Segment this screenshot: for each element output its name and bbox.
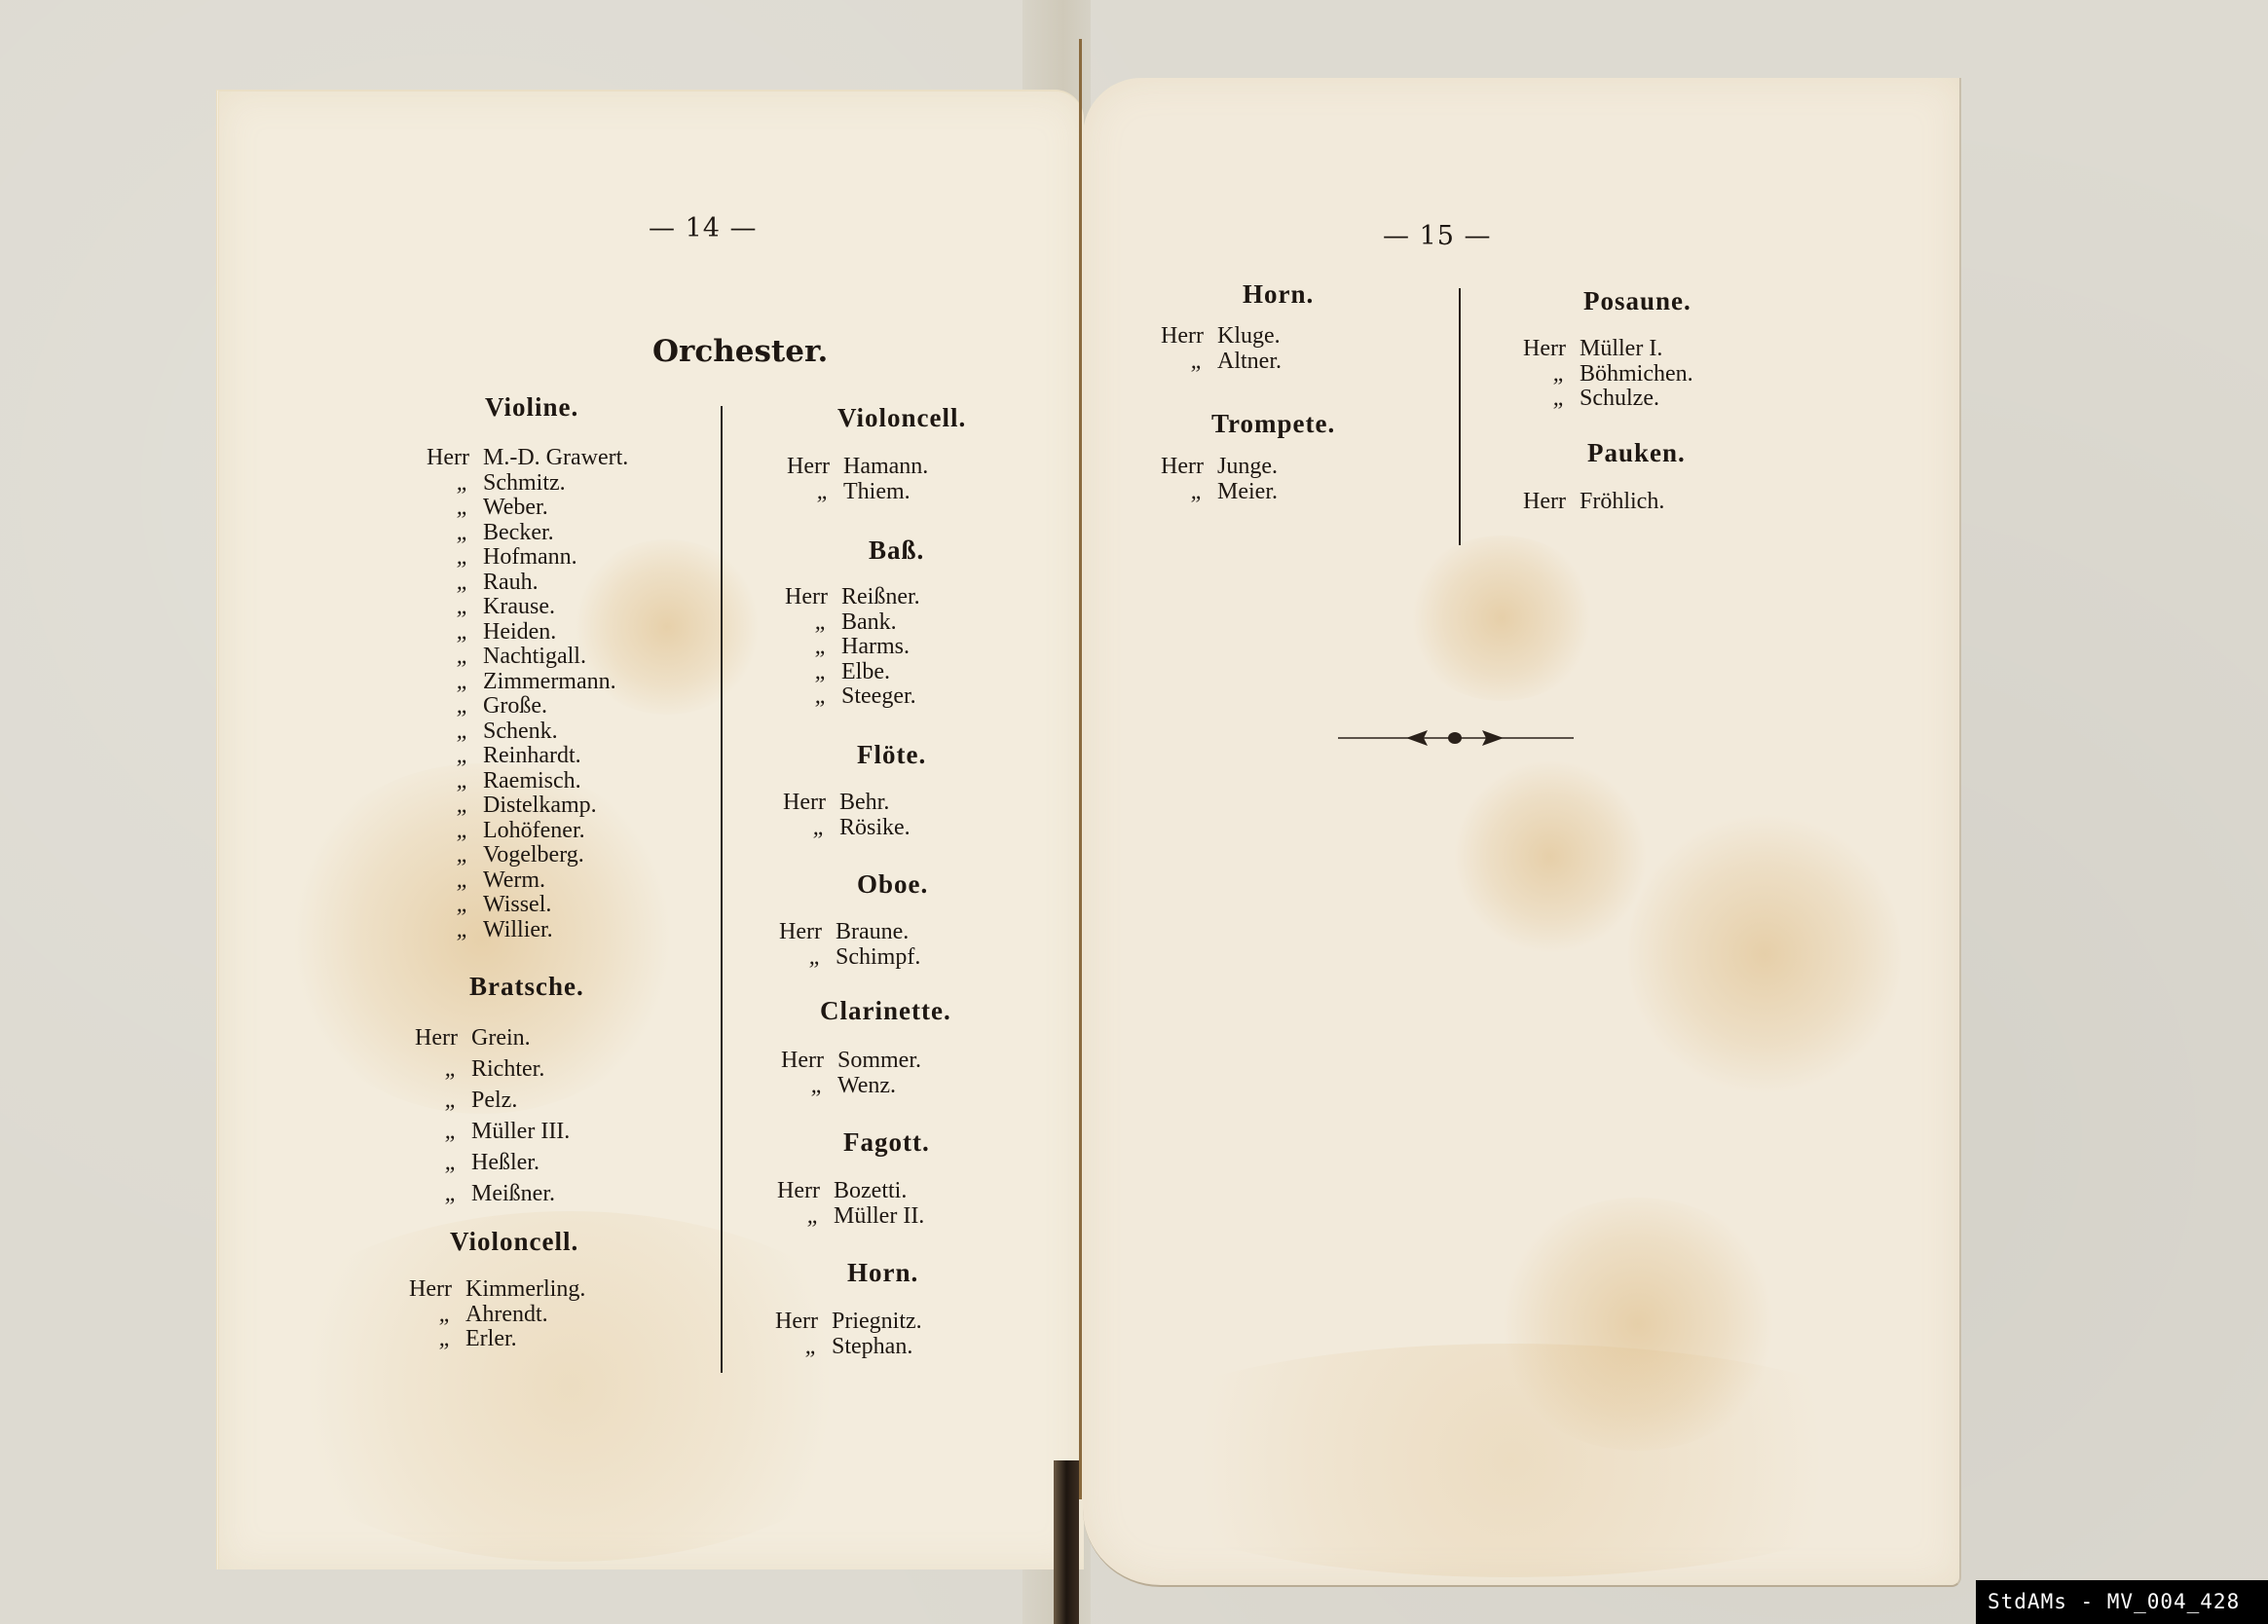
foxing-stain — [1453, 759, 1648, 954]
list-item: „Krause. — [409, 595, 628, 620]
list-item: HerrKluge. — [1143, 324, 1282, 350]
list-item: „Weber. — [409, 496, 628, 521]
list-item: HerrBraune. — [762, 920, 920, 945]
list-item: „Elbe. — [767, 660, 920, 685]
list-item: HerrBehr. — [765, 791, 911, 816]
list-item: „Nachtigall. — [409, 645, 628, 670]
page-15 — [1083, 78, 1961, 1587]
member-list-bratsche: HerrGrein. „Richter. „Pelz. „Müller III.… — [397, 1022, 570, 1209]
section-heading-pauken: Pauken. — [1587, 438, 1686, 468]
section-heading-trompete: Trompete. — [1211, 409, 1335, 439]
list-item: „Ahrendt. — [391, 1303, 585, 1328]
page-number-15: — 15 — — [1383, 221, 1492, 251]
spine-shadow — [1054, 1460, 1079, 1624]
list-item: „Meißner. — [397, 1178, 570, 1209]
list-item: „Richter. — [397, 1053, 570, 1085]
list-item: „Lohöfener. — [409, 819, 628, 844]
member-list-violoncell: HerrKimmerling. „Ahrendt. „Erler. — [391, 1277, 585, 1352]
section-heading-floete: Flöte. — [857, 740, 926, 770]
member-list-horn-2: HerrKluge. „Altner. — [1143, 324, 1282, 374]
member-list-fagott: HerrBozetti. „Müller II. — [760, 1179, 924, 1229]
member-list-clarinette: HerrSommer. „Wenz. — [763, 1049, 921, 1098]
list-item: „Wissel. — [409, 893, 628, 918]
list-item: „Wenz. — [763, 1074, 921, 1099]
member-list-oboe: HerrBraune. „Schimpf. — [762, 920, 920, 970]
page-number-14: — 14 — — [649, 213, 758, 243]
section-heading-violine: Violine. — [485, 392, 578, 423]
foxing-stain — [1628, 808, 1901, 1100]
list-item: „Heßler. — [397, 1147, 570, 1178]
page-14 — [216, 90, 1084, 1569]
member-list-violoncell-2: HerrHamann. „Thiem. — [769, 455, 928, 504]
section-heading-violoncell: Violoncell. — [450, 1227, 578, 1257]
list-item: „Hofmann. — [409, 545, 628, 571]
column-divider — [721, 406, 723, 1373]
list-item: „Zimmermann. — [409, 670, 628, 695]
list-item: „Heiden. — [409, 620, 628, 646]
section-heading-oboe: Oboe. — [857, 869, 928, 900]
page-title-orchester: Orchester. — [652, 334, 828, 369]
list-item: HerrBozetti. — [760, 1179, 924, 1204]
list-item: „Schulze. — [1506, 387, 1693, 412]
list-item: HerrReißner. — [767, 585, 920, 610]
list-item: „Steeger. — [767, 684, 920, 710]
list-item: „Harms. — [767, 635, 920, 660]
list-item: HerrMüller I. — [1506, 337, 1693, 362]
section-heading-bass: Baß. — [869, 535, 924, 566]
list-item: HerrFröhlich. — [1506, 490, 1664, 515]
member-list-violine: HerrM.-D. Grawert. „Schmitz. „Weber. „Be… — [409, 446, 628, 942]
section-heading-fagott: Fagott. — [843, 1127, 930, 1158]
list-item: „Werm. — [409, 868, 628, 894]
list-item: „Thiem. — [769, 480, 928, 505]
list-item: HerrPriegnitz. — [758, 1310, 922, 1335]
member-list-posaune: HerrMüller I. „Böhmichen. „Schulze. — [1506, 337, 1693, 412]
list-item: „Rösike. — [765, 816, 911, 841]
list-item: „Schenk. — [409, 720, 628, 745]
member-list-pauken: HerrFröhlich. — [1506, 490, 1664, 515]
list-item: „Willier. — [409, 918, 628, 943]
list-item: „Böhmichen. — [1506, 362, 1693, 388]
foxing-stain — [1492, 1198, 1784, 1451]
section-heading-horn: Horn. — [847, 1258, 918, 1288]
foxing-stain — [1404, 535, 1599, 701]
list-item: HerrHamann. — [769, 455, 928, 480]
list-item: HerrM.-D. Grawert. — [409, 446, 628, 471]
list-item: „Raemisch. — [409, 769, 628, 794]
section-heading-horn-2: Horn. — [1243, 279, 1314, 310]
list-item: „Rauh. — [409, 571, 628, 596]
column-divider — [1459, 288, 1461, 545]
archive-reference-label: StdAMs - MV_004_428 — [1976, 1580, 2268, 1624]
list-item: „Vogelberg. — [409, 843, 628, 868]
list-item: „Erler. — [391, 1327, 585, 1352]
list-item: „Bank. — [767, 610, 920, 636]
section-heading-violoncell-2: Violoncell. — [837, 403, 966, 433]
list-item: HerrKimmerling. — [391, 1277, 585, 1303]
list-item: „Stephan. — [758, 1335, 922, 1360]
list-item: HerrGrein. — [397, 1022, 570, 1053]
list-item: „Pelz. — [397, 1085, 570, 1116]
member-list-bass: HerrReißner. „Bank. „Harms. „Elbe. „Stee… — [767, 585, 920, 710]
foxing-stain — [1083, 1344, 1940, 1577]
list-item: „Becker. — [409, 521, 628, 546]
member-list-trompete: HerrJunge. „Meier. — [1143, 455, 1278, 504]
section-heading-bratsche: Bratsche. — [469, 972, 584, 1002]
list-item: „Müller III. — [397, 1116, 570, 1147]
list-item: „Müller II. — [760, 1204, 924, 1230]
member-list-horn: HerrPriegnitz. „Stephan. — [758, 1310, 922, 1359]
list-item: „Meier. — [1143, 480, 1278, 505]
section-heading-posaune: Posaune. — [1583, 286, 1692, 316]
section-heading-clarinette: Clarinette. — [820, 996, 951, 1026]
list-item: „Distelkamp. — [409, 794, 628, 819]
list-item: „Reinhardt. — [409, 744, 628, 769]
end-of-section-ornament-icon — [1336, 726, 1576, 750]
list-item: „Altner. — [1143, 350, 1282, 375]
list-item: „Schmitz. — [409, 471, 628, 497]
book-gutter — [1079, 39, 1082, 1499]
foxing-stain — [239, 1211, 901, 1562]
list-item: „Schimpf. — [762, 945, 920, 971]
list-item: HerrJunge. — [1143, 455, 1278, 480]
member-list-floete: HerrBehr. „Rösike. — [765, 791, 911, 840]
list-item: HerrSommer. — [763, 1049, 921, 1074]
list-item: „Große. — [409, 694, 628, 720]
